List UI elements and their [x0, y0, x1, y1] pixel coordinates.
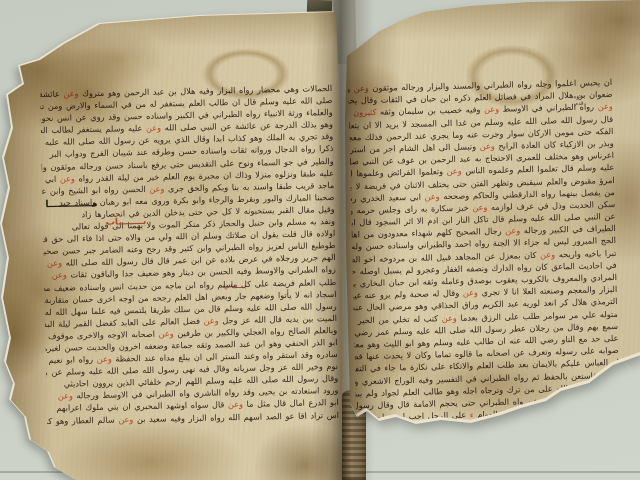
text-line: لطالب العلم وهريرة واوصاه به خيرا رواه ا… — [356, 417, 620, 436]
rubric-word: وعن — [598, 101, 613, 111]
right-page-wrap: ان يحبس اعلموا وجله رواه الطبراني والمسن… — [0, 0, 640, 480]
manuscript-photo: مــــــــــــــا بــــــــاب بــــاب الح… — [0, 0, 640, 480]
rubric-word: وعن — [480, 141, 495, 151]
rubric-word: وعن — [354, 83, 369, 93]
right-page-text: ان يحبس اعلموا وجله رواه الطبراني والمسن… — [348, 76, 621, 436]
rubric-word: وعن — [484, 104, 499, 114]
rubric-word: وعن — [463, 288, 478, 298]
rubric-word: وعن — [424, 191, 439, 201]
rubric-word: وعن — [540, 249, 555, 259]
margin-note: نحوه قدم — [566, 94, 592, 108]
right-page: ان يحبس اعلموا وجله رواه الطبراني والمسن… — [0, 0, 640, 480]
rubric-word: وعن — [505, 226, 520, 236]
rubric-word: وعن — [472, 202, 487, 212]
margin-note-line: قدم — [566, 100, 592, 107]
rubric-word: كثيرون — [353, 107, 377, 118]
rubric-word: وعن — [446, 166, 461, 176]
rubric-word: وعن — [442, 312, 457, 322]
